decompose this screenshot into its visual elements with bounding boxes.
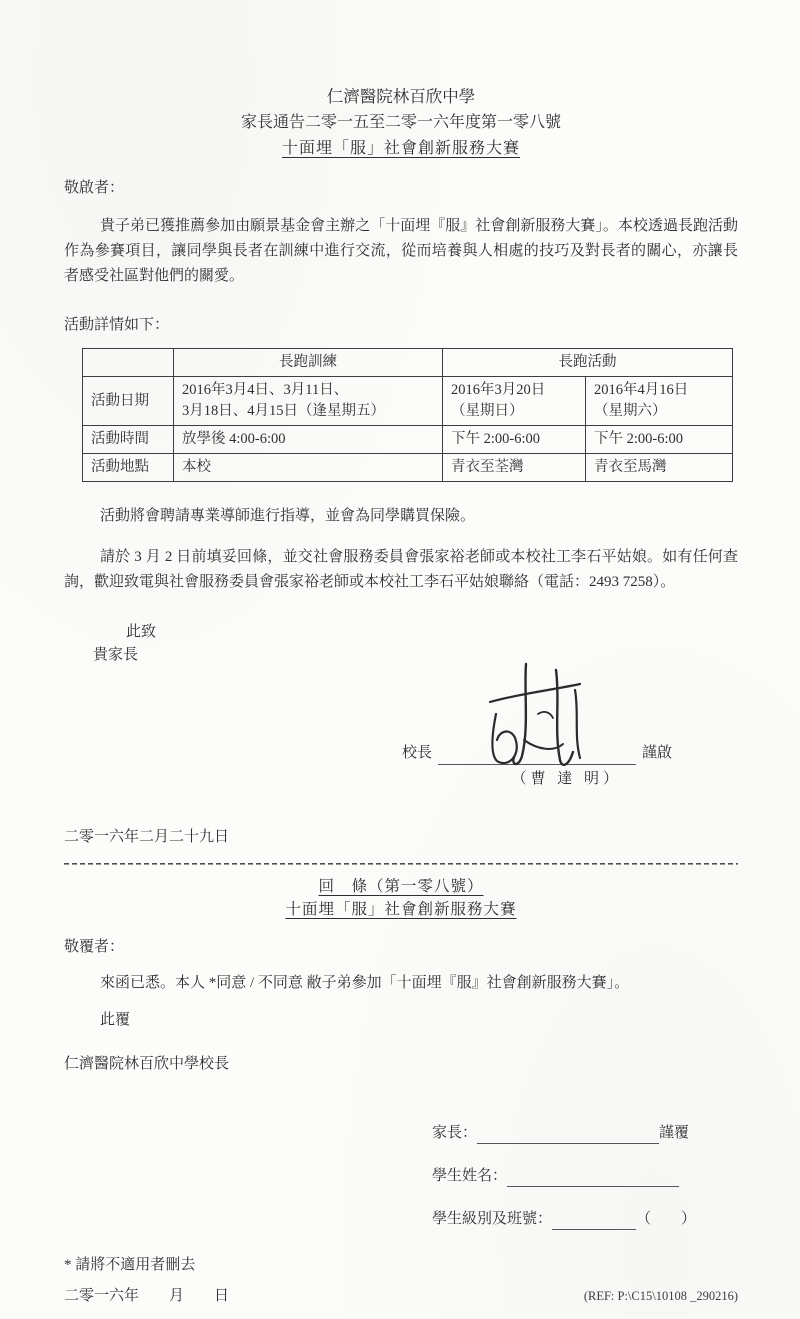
class-parens: （ ） — [636, 1211, 696, 1227]
reply-instructions-paragraph: 請於 3 月 2 日前填妥回條，並交社會服務委員會張家裕老師或本校社工李石平姑娘… — [64, 545, 738, 595]
class-label: 學生級別及班號： — [432, 1211, 552, 1227]
time-event-sat-cell: 下午 2:00-6:00 — [586, 426, 733, 454]
row-label: 活動日期 — [83, 377, 174, 426]
reply-date-line: 二零一六年 月 日 (REF: P:\C15\10108 _290216) — [64, 1285, 738, 1308]
student-name-field: 學生姓名： — [432, 1165, 738, 1187]
reply-fields-block: 家長：謹覆 學生姓名： 學生級別及班號：（ ） — [432, 1122, 738, 1230]
principal-respect: 謹啟 — [642, 745, 672, 761]
scanned-notice-page: 仁濟醫院林百欣中學 家長通告二零一五至二零一六年度第一零八號 十面埋「服」社會創… — [0, 0, 800, 1319]
venue-training-cell: 本校 — [174, 454, 443, 482]
time-event-sun-cell: 下午 2:00-6:00 — [443, 426, 586, 454]
reply-date-blanks: 二零一六年 月 日 — [64, 1285, 229, 1308]
principal-signature-line — [438, 746, 636, 765]
reply-consent-line: 來函已悉。本人 *同意 / 不同意 敝子弟參加「十面埋『服』社會創新服務大賽」。 — [64, 971, 738, 996]
table-corner-cell — [83, 349, 174, 377]
parent-signature-blank — [477, 1127, 659, 1144]
delete-inapplicable-footnote: * 請將不適用者刪去 — [64, 1254, 738, 1277]
row-label: 活動地點 — [83, 454, 174, 482]
details-intro: 活動詳情如下： — [64, 313, 738, 338]
student-name-blank — [507, 1170, 679, 1187]
activity-details-table: 長跑訓練 長跑活動 活動日期 2016年3月4日、3月11日、 3月18日、4月… — [82, 348, 733, 482]
date-event-sat-cell: 2016年4月16日 （星期六） — [586, 377, 733, 426]
date-training-cell: 2016年3月4日、3月11日、 3月18日、4月15日（逢星期五） — [174, 377, 443, 426]
class-blank — [552, 1213, 636, 1230]
intro-paragraph: 貴子弟已獲推薦參加由願景基金會主辦之「十面埋『服』社會創新服務大賽」。本校透過長… — [64, 214, 738, 289]
reply-slip-title: 回 條（第一零八號） — [64, 875, 738, 898]
reference-code: (REF: P:\C15\10108 _290216) — [584, 1285, 738, 1308]
table-header-row: 長跑訓練 長跑活動 — [83, 349, 733, 377]
reply-slip-subtitle: 十面埋「服」社會創新服務大賽 — [64, 898, 738, 921]
time-training-cell: 放學後 4:00-6:00 — [174, 426, 443, 454]
principal-name: （曹 達 明） — [64, 767, 738, 791]
principal-signature — [466, 662, 616, 774]
date-event-sun-cell: 2016年3月20日 （星期日） — [443, 377, 586, 426]
header-event: 長跑活動 — [443, 349, 733, 377]
venue-event-sun-cell: 青衣至荃灣 — [443, 454, 586, 482]
row-label: 活動時間 — [83, 426, 174, 454]
insurance-paragraph: 活動將會聘請專業導師進行指導，並會為同學購買保險。 — [64, 504, 738, 529]
school-name: 仁濟醫院林百欣中學 — [64, 84, 738, 110]
venue-event-sat-cell: 青衣至馬灣 — [586, 454, 733, 482]
circular-number-line: 家長通告二零一五至二零一六年度第一零八號 — [64, 110, 738, 136]
reply-addressee: 仁濟醫院林百欣中學校長 — [64, 1052, 738, 1076]
notice-salutation: 敬啟者： — [64, 176, 738, 200]
class-number-field: 學生級別及班號：（ ） — [432, 1208, 738, 1230]
parent-respect: 謹覆 — [659, 1125, 689, 1141]
closing-cizhi: 此致 — [126, 621, 738, 644]
header-training: 長跑訓練 — [174, 349, 443, 377]
student-name-label: 學生姓名： — [432, 1168, 507, 1184]
parent-signature-field: 家長：謹覆 — [432, 1122, 738, 1144]
closing-recipient: 貴家長 — [93, 644, 738, 667]
table-row: 活動地點 本校 青衣至荃灣 青衣至馬灣 — [83, 454, 733, 482]
parent-label: 家長： — [432, 1125, 477, 1141]
table-row: 活動時間 放學後 4:00-6:00 下午 2:00-6:00 下午 2:00-… — [83, 426, 733, 454]
reply-salutation: 敬覆者： — [64, 935, 738, 959]
notice-title: 十面埋「服」社會創新服務大賽 — [64, 136, 738, 162]
notice-date: 二零一六年二月二十九日 — [64, 825, 738, 849]
tear-off-divider — [64, 862, 738, 865]
table-row: 活動日期 2016年3月4日、3月11日、 3月18日、4月15日（逢星期五） … — [83, 377, 733, 426]
principal-signature-block: 校長 謹啟 — [64, 741, 738, 765]
principal-label: 校長 — [402, 745, 432, 761]
reply-closing: 此覆 — [100, 1008, 738, 1032]
